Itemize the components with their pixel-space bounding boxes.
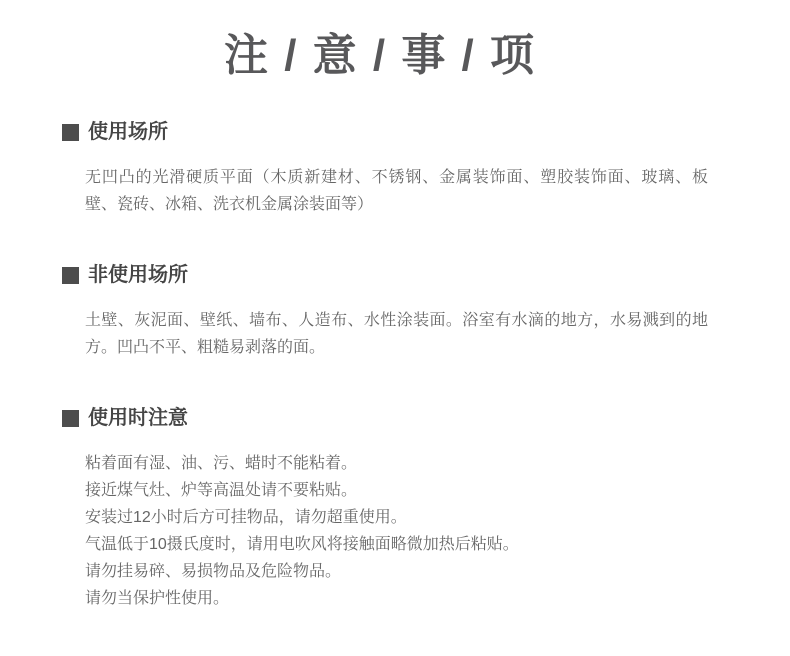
precaution-line: 请勿当保护性使用。	[85, 585, 708, 612]
section-body: 无凹凸的光滑硬质平面（木质新建材、不锈钢、金属装饰面、塑胶装饰面、玻璃、板壁、瓷…	[85, 164, 708, 218]
notice-page: 注 / 意 / 事 / 项 使用场所 无凹凸的光滑硬质平面（木质新建材、不锈钢、…	[0, 0, 790, 656]
section-heading-label: 使用场所	[88, 119, 168, 145]
section-non-usage-places: 非使用场所 土壁、灰泥面、壁纸、墙布、人造布、水性涂装面。浴室有水滴的地方，水易…	[62, 262, 708, 361]
precaution-line: 气温低于10摄氏度时，请用电吹风将接触面略微加热后粘贴。	[85, 531, 708, 558]
precaution-line: 请勿挂易碎、易损物品及危险物品。	[85, 558, 708, 585]
section-heading-label: 使用时注意	[88, 405, 188, 431]
section-usage-precautions: 使用时注意 粘着面有湿、油、污、蜡时不能粘着。 接近煤气灶、炉等高温处请不要粘贴…	[62, 405, 708, 612]
page-title: 注 / 意 / 事 / 项	[52, 26, 708, 85]
usage-places-paragraph: 无凹凸的光滑硬质平面（木质新建材、不锈钢、金属装饰面、塑胶装饰面、玻璃、板壁、瓷…	[85, 164, 708, 218]
section-heading: 使用场所	[62, 119, 708, 145]
section-body: 土壁、灰泥面、壁纸、墙布、人造布、水性涂装面。浴室有水滴的地方，水易溅到的地方。…	[85, 307, 708, 361]
section-body: 粘着面有湿、油、污、蜡时不能粘着。 接近煤气灶、炉等高温处请不要粘贴。 安装过1…	[85, 450, 708, 612]
square-bullet-icon	[62, 410, 79, 427]
precaution-line: 粘着面有湿、油、污、蜡时不能粘着。	[85, 450, 708, 477]
section-usage-places: 使用场所 无凹凸的光滑硬质平面（木质新建材、不锈钢、金属装饰面、塑胶装饰面、玻璃…	[62, 119, 708, 218]
section-heading: 非使用场所	[62, 262, 708, 288]
precaution-line: 安装过12小时后方可挂物品，请勿超重使用。	[85, 504, 708, 531]
section-heading-label: 非使用场所	[88, 262, 188, 288]
non-usage-places-paragraph: 土壁、灰泥面、壁纸、墙布、人造布、水性涂装面。浴室有水滴的地方，水易溅到的地方。…	[85, 307, 708, 361]
square-bullet-icon	[62, 124, 79, 141]
precaution-line: 接近煤气灶、炉等高温处请不要粘贴。	[85, 477, 708, 504]
square-bullet-icon	[62, 267, 79, 284]
section-heading: 使用时注意	[62, 405, 708, 431]
